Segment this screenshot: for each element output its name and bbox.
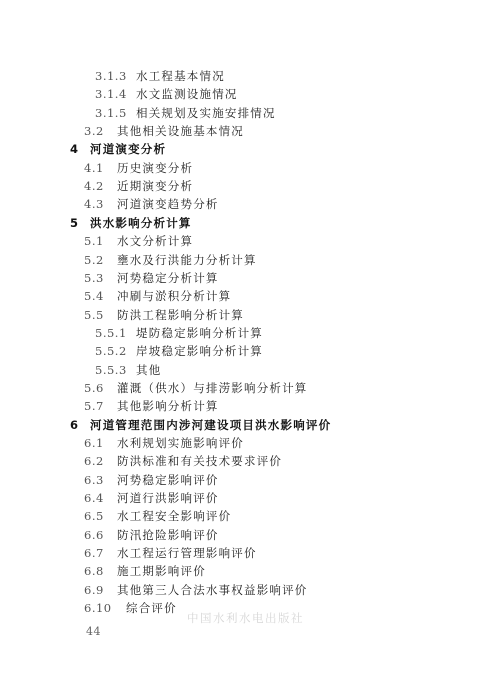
publisher-watermark: 中国水利水电出版社 xyxy=(187,610,304,626)
toc-entry-number: 6.3 xyxy=(84,471,117,489)
toc-entry-number: 5.1 xyxy=(84,232,117,250)
toc-entry-number: 4.2 xyxy=(84,177,117,195)
toc-entry: 5.7其他影响分析计算 xyxy=(84,397,219,415)
toc-entry-number: 5.3 xyxy=(84,269,117,287)
toc-entry-number: 5.5.2 xyxy=(95,342,136,360)
toc-entry: 4.1历史演变分析 xyxy=(84,159,193,177)
toc-entry-number: 5.5.1 xyxy=(95,324,136,342)
toc-entry-number: 3.1.5 xyxy=(95,104,136,122)
toc-entry-number: 6.4 xyxy=(84,489,117,507)
toc-entry-number: 6.10 xyxy=(84,599,126,617)
page-number: 44 xyxy=(86,625,101,638)
toc-entry: 4.3河道演变趋势分析 xyxy=(84,195,219,213)
toc-entry-title: 防洪工程影响分析计算 xyxy=(117,306,244,324)
toc-entry-number: 5.6 xyxy=(84,379,117,397)
toc-entry-title: 水文分析计算 xyxy=(117,232,193,250)
toc-entry-number: 3.1.3 xyxy=(95,67,136,85)
toc-entry: 5.5防洪工程影响分析计算 xyxy=(84,306,244,324)
toc-entry-number: 4 xyxy=(70,140,90,158)
toc-entry-title: 灌溉（供水）与排涝影响分析计算 xyxy=(117,379,308,397)
toc-entry: 6.3河势稳定影响评价 xyxy=(84,471,219,489)
toc-entry: 5.4冲刷与淤积分析计算 xyxy=(84,287,231,305)
toc-entry-title: 堤防稳定影响分析计算 xyxy=(136,324,263,342)
toc-entry-number: 6.6 xyxy=(84,526,117,544)
toc-entry: 3.2其他相关设施基本情况 xyxy=(84,122,244,140)
toc-entry-number: 5.4 xyxy=(84,287,117,305)
toc-entry: 3.1.4水文监测设施情况 xyxy=(95,85,238,103)
toc-entry-title: 水工程运行管理影响评价 xyxy=(117,544,257,562)
toc-entry-number: 5.5.3 xyxy=(95,361,136,379)
toc-entry-title: 防汛抢险影响评价 xyxy=(117,526,219,544)
toc-entry: 6.2防洪标准和有关技术要求评价 xyxy=(84,452,282,470)
toc-entry-number: 4.1 xyxy=(84,159,117,177)
toc-entry-title: 其他第三人合法水事权益影响评价 xyxy=(117,581,308,599)
toc-entry: 5.5.3其他 xyxy=(95,361,161,379)
toc-entry: 6.8施工期影响评价 xyxy=(84,562,206,580)
toc-entry-number: 5 xyxy=(70,214,90,232)
toc-entry-number: 6.2 xyxy=(84,452,117,470)
toc-entry: 6.9其他第三人合法水事权益影响评价 xyxy=(84,581,308,599)
toc-entry-number: 5.2 xyxy=(84,251,117,269)
toc-entry-title: 水利规划实施影响评价 xyxy=(117,434,244,452)
toc-entry-title: 历史演变分析 xyxy=(117,159,193,177)
toc-entry-number: 3.1.4 xyxy=(95,85,136,103)
toc-entry-title: 洪水影响分析计算 xyxy=(90,214,192,232)
toc-entry: 6.5水工程安全影响评价 xyxy=(84,507,231,525)
toc-entry-title: 相关规划及实施安排情况 xyxy=(136,104,276,122)
toc-entry: 6.1水利规划实施影响评价 xyxy=(84,434,244,452)
toc-entry: 6.7水工程运行管理影响评价 xyxy=(84,544,257,562)
toc-entry-title: 岸坡稳定影响分析计算 xyxy=(136,342,263,360)
toc-entry-number: 4.3 xyxy=(84,195,117,213)
toc-entry: 5.6灌溉（供水）与排涝影响分析计算 xyxy=(84,379,308,397)
toc-entry-title: 河势稳定影响评价 xyxy=(117,471,219,489)
toc-entry-title: 壅水及行洪能力分析计算 xyxy=(117,251,257,269)
toc-chapter: 6河道管理范围内涉河建设项目洪水影响评价 xyxy=(70,416,331,434)
toc-entry: 5.3河势稳定分析计算 xyxy=(84,269,219,287)
toc-chapter: 4河道演变分析 xyxy=(70,140,166,158)
toc-entry-title: 河道行洪影响评价 xyxy=(117,489,219,507)
toc-entry: 5.1水文分析计算 xyxy=(84,232,193,250)
toc-entry-title: 河道管理范围内涉河建设项目洪水影响评价 xyxy=(90,416,331,434)
toc-entry-title: 冲刷与淤积分析计算 xyxy=(117,287,231,305)
toc-entry: 6.4河道行洪影响评价 xyxy=(84,489,219,507)
toc-entry-title: 防洪标准和有关技术要求评价 xyxy=(117,452,282,470)
toc-entry-title: 水文监测设施情况 xyxy=(136,85,238,103)
toc-entry-number: 5.5 xyxy=(84,306,117,324)
toc-entry-number: 3.2 xyxy=(84,122,117,140)
toc-entry-number: 6.1 xyxy=(84,434,117,452)
toc-entry-title: 其他相关设施基本情况 xyxy=(117,122,244,140)
toc-entry: 4.2近期演变分析 xyxy=(84,177,193,195)
toc-entry-number: 6.9 xyxy=(84,581,117,599)
toc-entry: 5.2壅水及行洪能力分析计算 xyxy=(84,251,257,269)
toc-entry-number: 5.7 xyxy=(84,397,117,415)
toc-entry-title: 水工程安全影响评价 xyxy=(117,507,231,525)
toc-entry-number: 6 xyxy=(70,416,90,434)
toc-entry-title: 施工期影响评价 xyxy=(117,562,206,580)
toc-chapter: 5洪水影响分析计算 xyxy=(70,214,192,232)
toc-entry-title: 其他影响分析计算 xyxy=(117,397,219,415)
toc-entry-title: 河势稳定分析计算 xyxy=(117,269,219,287)
toc-entry: 5.5.1堤防稳定影响分析计算 xyxy=(95,324,263,342)
toc-entry-title: 河道演变分析 xyxy=(90,140,166,158)
toc-entry-number: 6.8 xyxy=(84,562,117,580)
toc-entry-title: 水工程基本情况 xyxy=(136,67,225,85)
toc-entry-title: 综合评价 xyxy=(126,599,177,617)
toc-entry: 5.5.2岸坡稳定影响分析计算 xyxy=(95,342,263,360)
toc-entry-title: 近期演变分析 xyxy=(117,177,193,195)
toc-entry-title: 河道演变趋势分析 xyxy=(117,195,219,213)
toc-entry-number: 6.5 xyxy=(84,507,117,525)
toc-entry-number: 6.7 xyxy=(84,544,117,562)
toc-entry: 6.10综合评价 xyxy=(84,599,177,617)
toc-entry: 3.1.3水工程基本情况 xyxy=(95,67,225,85)
toc-entry-title: 其他 xyxy=(136,361,161,379)
toc-entry: 3.1.5相关规划及实施安排情况 xyxy=(95,104,276,122)
toc-entry: 6.6防汛抢险影响评价 xyxy=(84,526,219,544)
